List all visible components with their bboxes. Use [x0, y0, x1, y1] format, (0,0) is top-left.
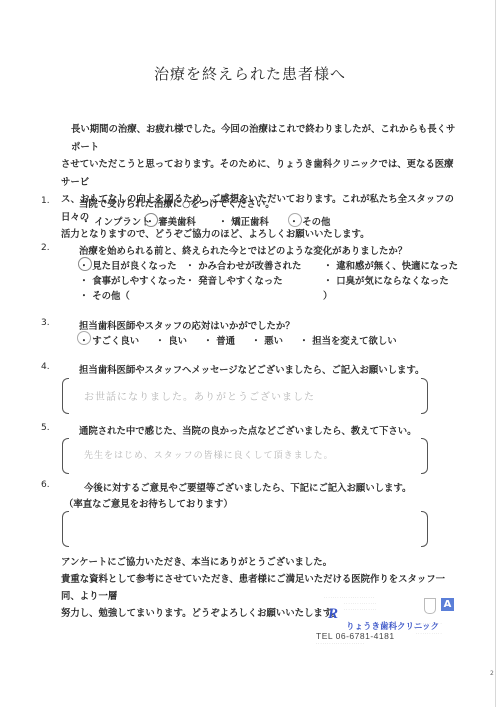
- fine-print: · · · · · · · · · · · · · · · · · · · · …: [316, 642, 364, 646]
- clinic-stamp: · · · · · · · · · · · · · · · · · · · · …: [316, 596, 496, 646]
- left-bracket: [62, 511, 69, 547]
- question-number: 3.: [41, 318, 50, 328]
- question-text: 治療を始められる前と、終えられた今とではどのような変化がありましたか？: [79, 243, 407, 257]
- option-implant[interactable]: ・ インプラント: [81, 214, 151, 228]
- question-number: 1.: [41, 196, 50, 206]
- option-orthodontics[interactable]: ・ 矯正歯科: [218, 214, 269, 228]
- closing-line: アンケートにご協力いただき、本当にありがとうございました。: [61, 554, 461, 571]
- question-text: 通院された中で感じた、当院の良かった点などございましたら、教えて下さい。: [79, 423, 417, 437]
- handwritten-answer: お世話になりました。ありがとうございました: [84, 388, 315, 403]
- fine-print: · · · · · · · · · · · · · · · · · · · · …: [324, 596, 374, 600]
- question-number: 4.: [41, 362, 50, 372]
- intro-line: させていただこうと思っております。そのために、りょうき歯科クリニックでは、更なる…: [61, 156, 461, 191]
- clinic-logo-icon: R: [328, 606, 338, 623]
- answer-box-6[interactable]: [62, 511, 428, 547]
- question-text: 当院で受けられた治療に○をつけてください。: [79, 196, 275, 210]
- question-text: 担当歯科医師やスタッフの応対はいかがでしたか？: [79, 318, 295, 332]
- option-no-bad-breath[interactable]: ・ 口臭が気にならなくなった: [323, 273, 449, 287]
- right-bracket: [421, 511, 428, 547]
- certification-badge-icon: [424, 598, 436, 614]
- accreditation-badge-icon: A: [441, 598, 454, 611]
- option-cosmetic-dentistry[interactable]: ・ 審美歯科: [145, 214, 196, 228]
- answer-box-5[interactable]: 先生をはじめ、スタッフの皆様に良くして頂きました。: [62, 438, 428, 474]
- answer-box-4[interactable]: お世話になりました。ありがとうございました: [62, 378, 428, 414]
- right-bracket: [421, 378, 428, 414]
- fine-print: · · · · · · · · · · · ·: [416, 632, 442, 636]
- question-subtext: （率直なご意見をお待ちしております）: [64, 496, 233, 510]
- option-other[interactable]: ・ その他: [289, 214, 330, 228]
- right-bracket: [421, 438, 428, 474]
- fine-print: · · · · · · · · · · · · · · ·: [344, 608, 376, 612]
- option-bite-improved[interactable]: ・ かみ合わせが改善された: [185, 258, 301, 272]
- option-comfortable[interactable]: ・ 違和感が無く、快適になった: [323, 258, 458, 272]
- handwritten-answer: 先生をはじめ、スタッフの皆様に良くして頂きました。: [84, 448, 334, 461]
- question-number: 6.: [41, 480, 50, 490]
- other-close-paren: ）: [323, 288, 332, 302]
- left-bracket: [62, 438, 69, 474]
- option-average[interactable]: ・ 普通: [203, 333, 235, 347]
- option-easier-eating[interactable]: ・ 食事がしやすくなった: [79, 273, 186, 287]
- question-text: 今後に対するご意見やご要望等ございましたら、下記にご記入お願いします。: [84, 480, 411, 494]
- question-number: 2.: [41, 243, 50, 253]
- fine-print: · · · · · · · · · · · · · · ·: [344, 602, 376, 606]
- page-title: 治療を終えられた患者様へ: [0, 63, 500, 84]
- intro-line: 長い期間の治療、お疲れ様でした。今回の治療はこれで終わりましたが、これからも長く…: [61, 121, 461, 156]
- fine-print: · · · · · · · · · · · ·: [416, 622, 442, 626]
- option-other[interactable]: ・ その他（: [79, 288, 130, 302]
- option-bad[interactable]: ・ 悪い: [251, 333, 283, 347]
- option-very-good[interactable]: ・ すごく良い: [79, 333, 139, 347]
- left-bracket: [62, 378, 69, 414]
- option-good[interactable]: ・ 良い: [155, 333, 187, 347]
- option-easier-pronunciation[interactable]: ・ 発音しやすくなった: [185, 273, 283, 287]
- intro-line: 活力となりますので、どうぞご協力のほど、よろしくお願いいたします。: [61, 226, 461, 244]
- page-number: 2: [490, 670, 494, 677]
- option-change-staff[interactable]: ・ 担当を変えて欲しい: [299, 333, 397, 347]
- question-text: 担当歯科医師やスタッフへメッセージなどございましたら、ご記入お願いします。: [79, 362, 424, 376]
- option-appearance-improved[interactable]: ・ 見た目が良くなった: [79, 258, 177, 272]
- clinic-phone: TEL 06-6781-4181: [316, 631, 395, 641]
- question-number: 5.: [41, 423, 50, 433]
